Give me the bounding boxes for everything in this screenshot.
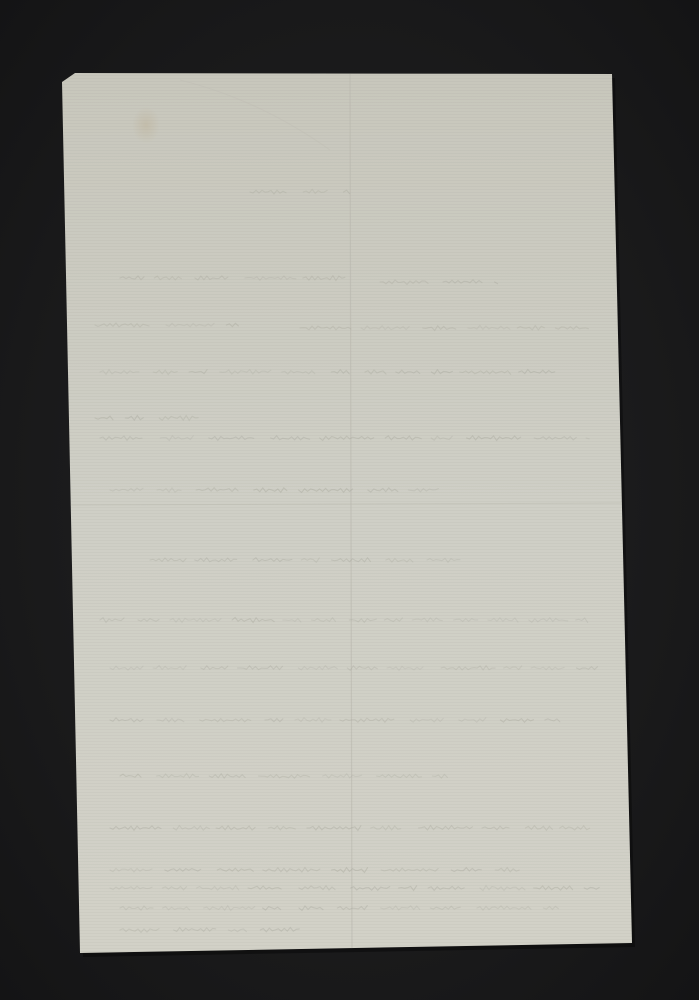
ghost-word — [586, 438, 589, 439]
paper-surface — [0, 0, 699, 1000]
manuscript-sheet — [0, 0, 699, 1000]
photo-scene: Photograph of a single sheet of laid man… — [0, 0, 699, 1000]
paper-stain — [132, 107, 160, 143]
